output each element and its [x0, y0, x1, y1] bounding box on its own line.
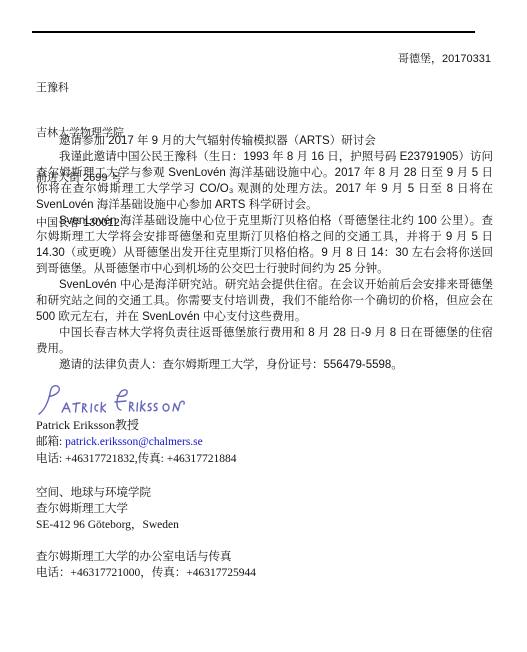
office-contact-title: 查尔姆斯理工大学的办公室电话与传真: [36, 549, 256, 565]
signer-phone-fax: 电话: +46317721832,传真: +46317721884: [36, 451, 237, 468]
signer-name-title: Patrick Eriksson教授: [36, 417, 237, 434]
body-paragraph: SvenLovén 海洋基础设施中心位于克里斯汀贝格伯格（哥德堡往北约 100 …: [36, 213, 493, 277]
letter-body: 邀请参加 2017 年 9 月的大气辐射传输模拟器（ARTS）研讨会 我谨此邀请…: [36, 133, 493, 373]
email-link[interactable]: patrick.eriksson@chalmers.se: [65, 436, 203, 448]
body-paragraph: 邀请的法律负责人：查尔姆斯理工大学，身份证号：556479-5598。: [36, 357, 493, 373]
subject-line: 邀请参加 2017 年 9 月的大气辐射传输模拟器（ARTS）研讨会: [36, 133, 493, 149]
handwritten-signature: [34, 380, 196, 420]
recipient-name: 王豫科: [36, 81, 124, 96]
body-paragraph: 我谨此邀请中国公民王豫科（生日：1993 年 8 月 16 日，护照号码 E23…: [36, 149, 493, 213]
header-rule: [32, 31, 475, 33]
body-paragraph: SvenLovén 中心是海洋研究站。研究站会提供住宿。在会议开始前后会安排来哥…: [36, 277, 493, 325]
signer-contact-block: Patrick Eriksson教授 邮箱: patrick.eriksson@…: [36, 417, 237, 468]
university-address: SE-412 96 Göteborg，Sweden: [36, 517, 179, 533]
place-date-line: 哥德堡，20170331: [398, 52, 491, 67]
letter-page: 王豫科 吉林大学物理学院 前进大街 2699 号 中国长春 130012 哥德堡…: [0, 0, 527, 652]
body-paragraph: 中国长春吉林大学将负责往返哥德堡旅行费用和 8 月 28 日-9 月 8 日在哥…: [36, 325, 493, 357]
university-name: 查尔姆斯理工大学: [36, 501, 179, 517]
signer-email-line: 邮箱: patrick.eriksson@chalmers.se: [36, 434, 237, 451]
office-phone-fax: 电话：+46317721000，传真：+46317725944: [36, 565, 256, 581]
department-name: 空间、地球与环境学院: [36, 485, 179, 501]
email-label: 邮箱:: [36, 436, 65, 448]
department-address-block: 空间、地球与环境学院 查尔姆斯理工大学 SE-412 96 Göteborg，S…: [36, 485, 179, 533]
office-contact-block: 查尔姆斯理工大学的办公室电话与传真 电话：+46317721000，传真：+46…: [36, 549, 256, 581]
